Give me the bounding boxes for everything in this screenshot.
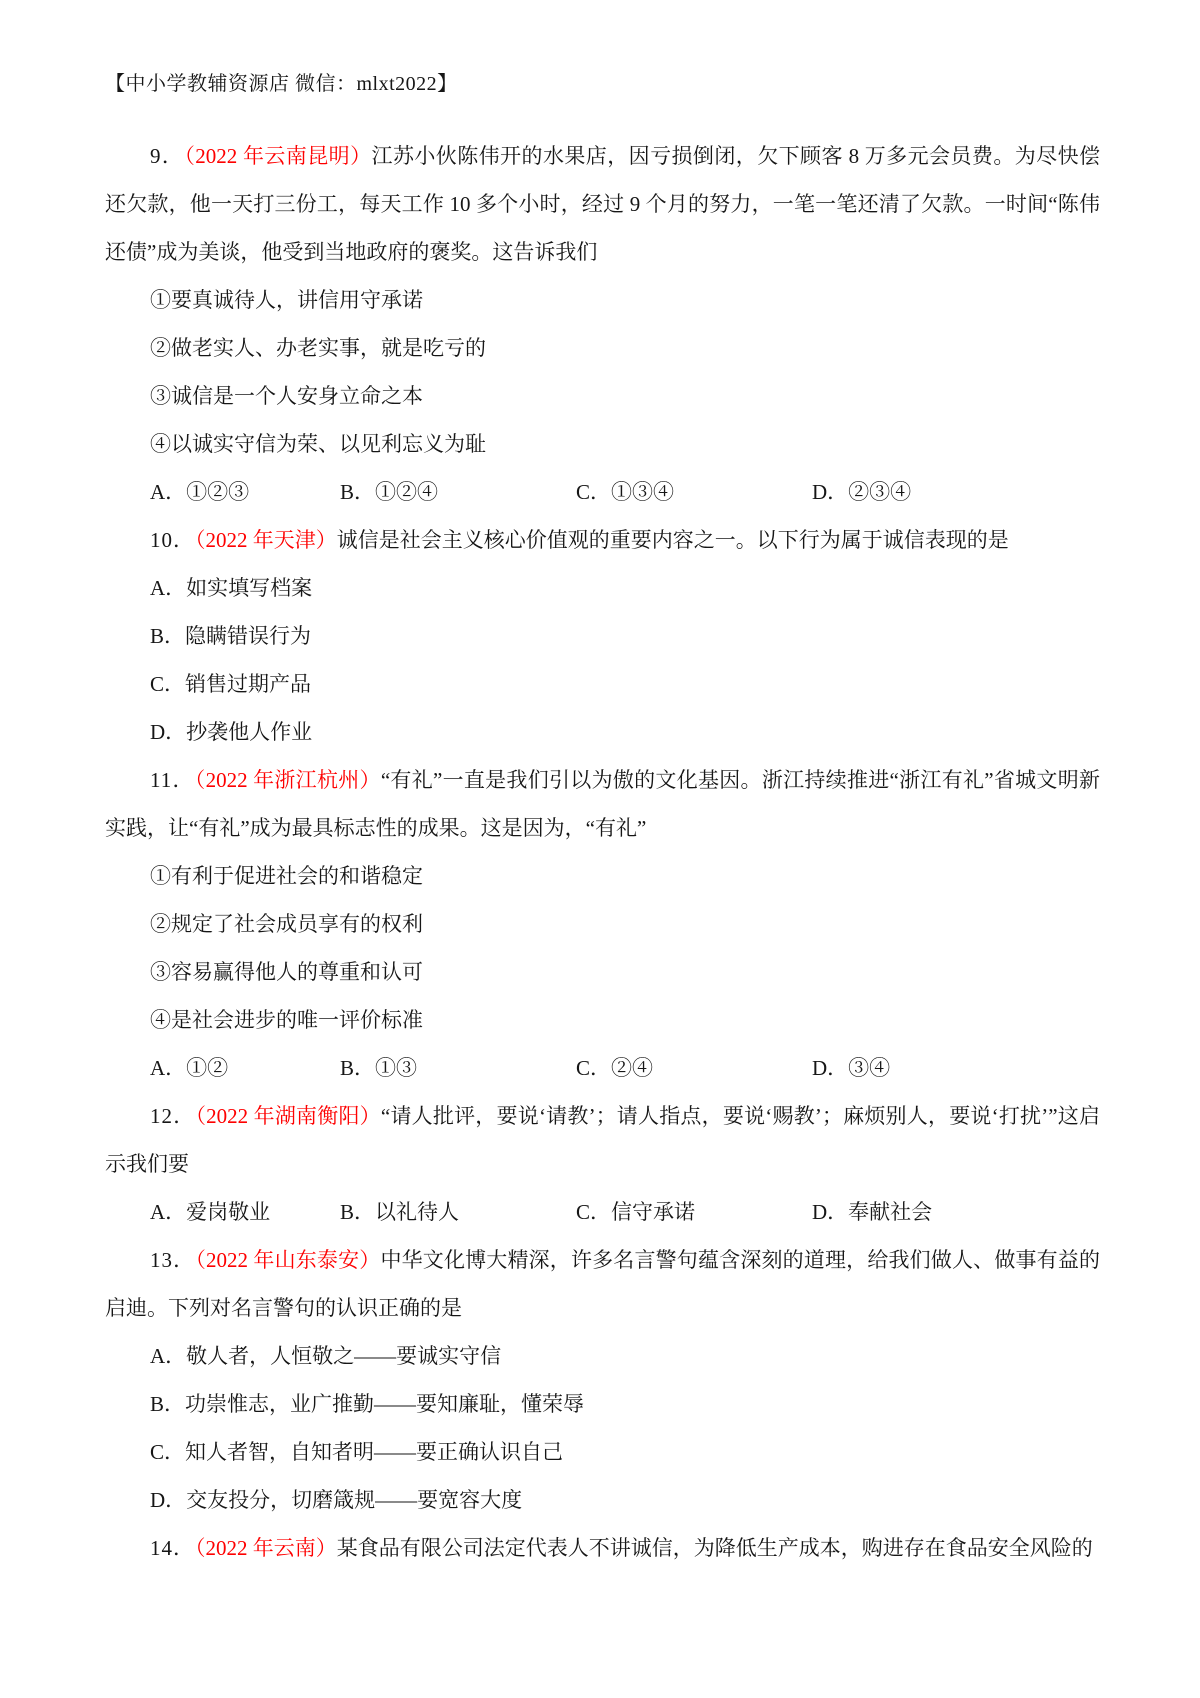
choice-b: B．以礼待人 — [340, 1188, 576, 1236]
question-9-stem: 9．（2022 年云南昆明）江苏小伙陈伟开的水果店，因亏损倒闭，欠下顾客 8 万… — [105, 132, 1100, 276]
question-text: 某食品有限公司法定代表人不讲诚信，为降低生产成本，购进存在食品安全风险的 — [337, 1536, 1093, 1560]
choice-a: A．①② — [150, 1044, 340, 1092]
question-number: 14． — [150, 1536, 195, 1560]
choices-row: A．①②③ B．①②④ C．①③④ D．②③④ — [150, 468, 1100, 516]
statement-item: ②做老实人、办老实事，就是吃亏的 — [150, 324, 1100, 372]
choice-b: B．①③ — [340, 1044, 576, 1092]
statement-item: ③容易赢得他人的尊重和认可 — [150, 948, 1100, 996]
question-text: 诚信是社会主义核心价值观的重要内容之一。以下行为属于诚信表现的是 — [337, 528, 1009, 552]
choices-row: A．①② B．①③ C．②④ D．③④ — [150, 1044, 1100, 1092]
question-source-tag: （2022 年湖南衡阳） — [195, 1104, 380, 1128]
question-11-stem: 11．（2022 年浙江杭州）“有礼”一直是我们引以为傲的文化基因。浙江持续推进… — [105, 756, 1100, 852]
choice-c: C．②④ — [576, 1044, 812, 1092]
question-number: 9． — [150, 144, 184, 168]
statement-item: ①有利于促进社会的和谐稳定 — [150, 852, 1100, 900]
document-page: 【中小学教辅资源店 微信：mlxt2022】 9．（2022 年云南昆明）江苏小… — [0, 0, 1200, 1698]
question-10-stem: 10．（2022 年天津）诚信是社会主义核心价值观的重要内容之一。以下行为属于诚… — [105, 516, 1100, 564]
statement-item: ③诚信是一个人安身立命之本 — [150, 372, 1100, 420]
choices-row: A．爱岗敬业 B．以礼待人 C．信守承诺 D．奉献社会 — [150, 1188, 1100, 1236]
question-14: 14．（2022 年云南）某食品有限公司法定代表人不讲诚信，为降低生产成本，购进… — [105, 1524, 1100, 1572]
choice-a: A．敬人者，人恒敬之——要诚实守信 — [150, 1332, 1100, 1380]
choice-c: C．销售过期产品 — [150, 660, 1100, 708]
question-number: 10． — [150, 528, 195, 552]
choice-c: C．信守承诺 — [576, 1188, 812, 1236]
choice-d: D．②③④ — [812, 468, 1100, 516]
question-10: 10．（2022 年天津）诚信是社会主义核心价值观的重要内容之一。以下行为属于诚… — [105, 516, 1100, 756]
question-14-stem: 14．（2022 年云南）某食品有限公司法定代表人不讲诚信，为降低生产成本，购进… — [105, 1524, 1100, 1572]
question-13: 13．（2022 年山东泰安）中华文化博大精深，许多名言警句蕴含深刻的道理，给我… — [105, 1236, 1100, 1524]
choice-d: D．奉献社会 — [812, 1188, 1100, 1236]
choice-b: B．功崇惟志，业广推勤——要知廉耻，懂荣辱 — [150, 1380, 1100, 1428]
question-source-tag: （2022 年山东泰安） — [195, 1248, 380, 1272]
question-number: 12． — [150, 1104, 195, 1128]
page-header: 【中小学教辅资源店 微信：mlxt2022】 — [105, 68, 1100, 100]
choice-a: A．①②③ — [150, 468, 340, 516]
statement-item: ④是社会进步的唯一评价标准 — [150, 996, 1100, 1044]
choice-d: D．③④ — [812, 1044, 1100, 1092]
choice-b: B．隐瞒错误行为 — [150, 612, 1100, 660]
question-13-stem: 13．（2022 年山东泰安）中华文化博大精深，许多名言警句蕴含深刻的道理，给我… — [105, 1236, 1100, 1332]
choice-c: C．①③④ — [576, 468, 812, 516]
statement-item: ①要真诚待人，讲信用守承诺 — [150, 276, 1100, 324]
choice-d: D．抄袭他人作业 — [150, 708, 1100, 756]
choice-d: D．交友投分，切磨箴规——要宽容大度 — [150, 1476, 1100, 1524]
choice-c: C．知人者智，自知者明——要正确认识自己 — [150, 1428, 1100, 1476]
choice-a: A．爱岗敬业 — [150, 1188, 340, 1236]
statement-item: ④以诚实守信为荣、以见利忘义为耻 — [150, 420, 1100, 468]
question-9: 9．（2022 年云南昆明）江苏小伙陈伟开的水果店，因亏损倒闭，欠下顾客 8 万… — [105, 132, 1100, 516]
question-11: 11．（2022 年浙江杭州）“有礼”一直是我们引以为傲的文化基因。浙江持续推进… — [105, 756, 1100, 1092]
choice-b: B．①②④ — [340, 468, 576, 516]
choice-a: A．如实填写档案 — [150, 564, 1100, 612]
question-12-stem: 12．（2022 年湖南衡阳）“请人批评，要说‘请教’；请人指点，要说‘赐教’；… — [105, 1092, 1100, 1188]
statement-item: ②规定了社会成员享有的权利 — [150, 900, 1100, 948]
question-source-tag: （2022 年云南） — [195, 1536, 337, 1560]
question-source-tag: （2022 年天津） — [195, 528, 337, 552]
question-12: 12．（2022 年湖南衡阳）“请人批评，要说‘请教’；请人指点，要说‘赐教’；… — [105, 1092, 1100, 1236]
question-number: 13． — [150, 1248, 195, 1272]
question-source-tag: （2022 年浙江杭州） — [195, 768, 381, 792]
question-source-tag: （2022 年云南昆明） — [184, 144, 371, 168]
question-number: 11． — [150, 768, 195, 792]
